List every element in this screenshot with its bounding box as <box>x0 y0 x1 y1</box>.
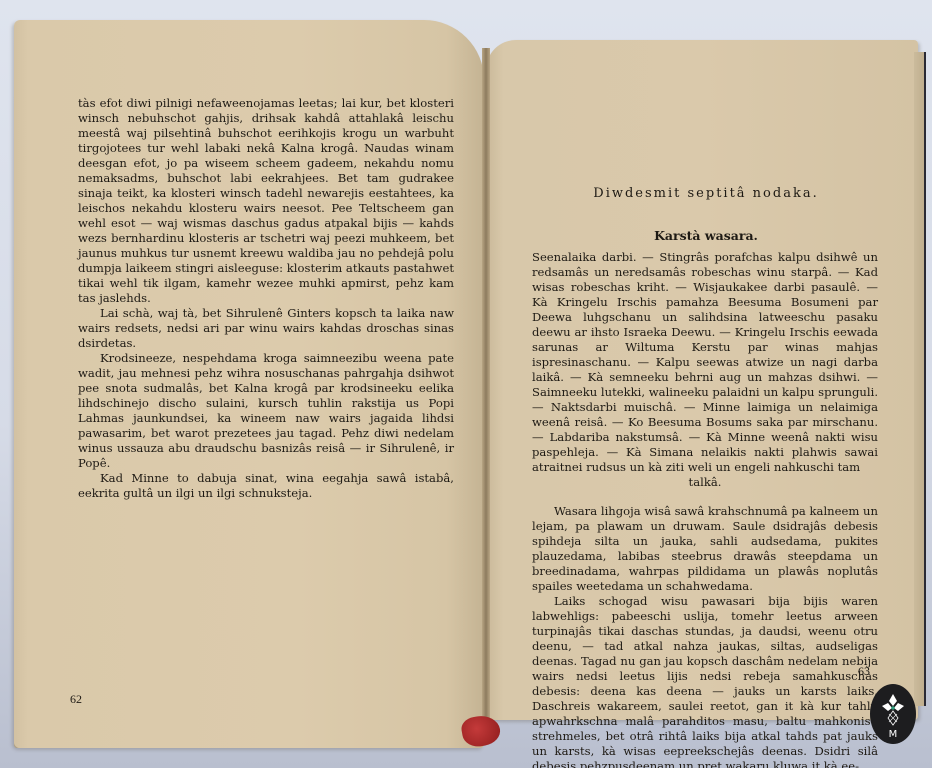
watermark-badge: M <box>870 684 916 744</box>
paragraph: Kad Minne to dabuja sinat, wina eegahja … <box>78 471 454 501</box>
svg-text:M: M <box>889 729 898 740</box>
chapter-title: Diwdesmit septitâ nodaka. <box>520 186 892 201</box>
right-page-text: Seenalaika darbi. — Stingrâs porafchas k… <box>532 250 878 768</box>
right-page-edge <box>914 52 926 706</box>
left-page-text: tàs efot diwi pilnigi nefaweenojamas lee… <box>78 96 454 501</box>
summary-text: Seenalaika darbi. — Stingrâs porafchas k… <box>532 250 878 475</box>
paragraph: tàs efot diwi pilnigi nefaweenojamas lee… <box>78 96 454 306</box>
page-number-left: 62 <box>70 692 82 707</box>
chapter-summary: Seenalaika darbi. — Stingrâs porafchas k… <box>532 250 878 490</box>
summary-text-end: talkâ. <box>532 475 878 490</box>
book-gutter <box>482 48 490 738</box>
page-number-right: 63 <box>858 664 870 679</box>
flower-monogram-icon: M <box>870 684 916 744</box>
paragraph: Wasara lihgoja wisâ sawâ krahschnumâ pa … <box>532 504 878 594</box>
body-text: Wasara lihgoja wisâ sawâ krahschnumâ pa … <box>532 504 878 768</box>
paragraph: Laiks schogad wisu pawasari bija bijis w… <box>532 594 878 768</box>
section-title: Karstà wasara. <box>520 228 892 243</box>
paragraph: Krodsineeze, nespehdama kroga saimneezib… <box>78 351 454 471</box>
paragraph: Lai schà, waj tà, bet Sihrulenê Ginters … <box>78 306 454 351</box>
